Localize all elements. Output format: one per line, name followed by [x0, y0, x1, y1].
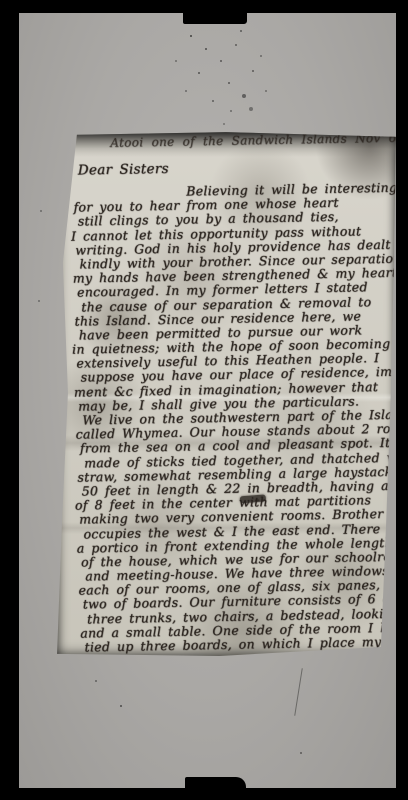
film-scratch [294, 668, 302, 716]
letter-page: Atooi one of the Sandwich Islands Nov 6 … [55, 130, 397, 657]
film-notch-top [183, 13, 247, 24]
manuscript-line: tied up three boards, on which I place m… [84, 635, 397, 655]
handwritten-text: Atooi one of the Sandwich Islands Nov 6 … [73, 131, 397, 655]
salutation: Dear Sisters [78, 158, 390, 179]
film-frame: Atooi one of the Sandwich Islands Nov 6 … [19, 13, 396, 788]
film-notch-bottom [185, 777, 246, 789]
letter-body: Believing it will be interestingfor you … [74, 181, 397, 655]
dust-speck [120, 705, 122, 707]
microfilm-scan: Atooi one of the Sandwich Islands Nov 6 … [0, 0, 408, 800]
dust-specks [190, 35, 192, 37]
